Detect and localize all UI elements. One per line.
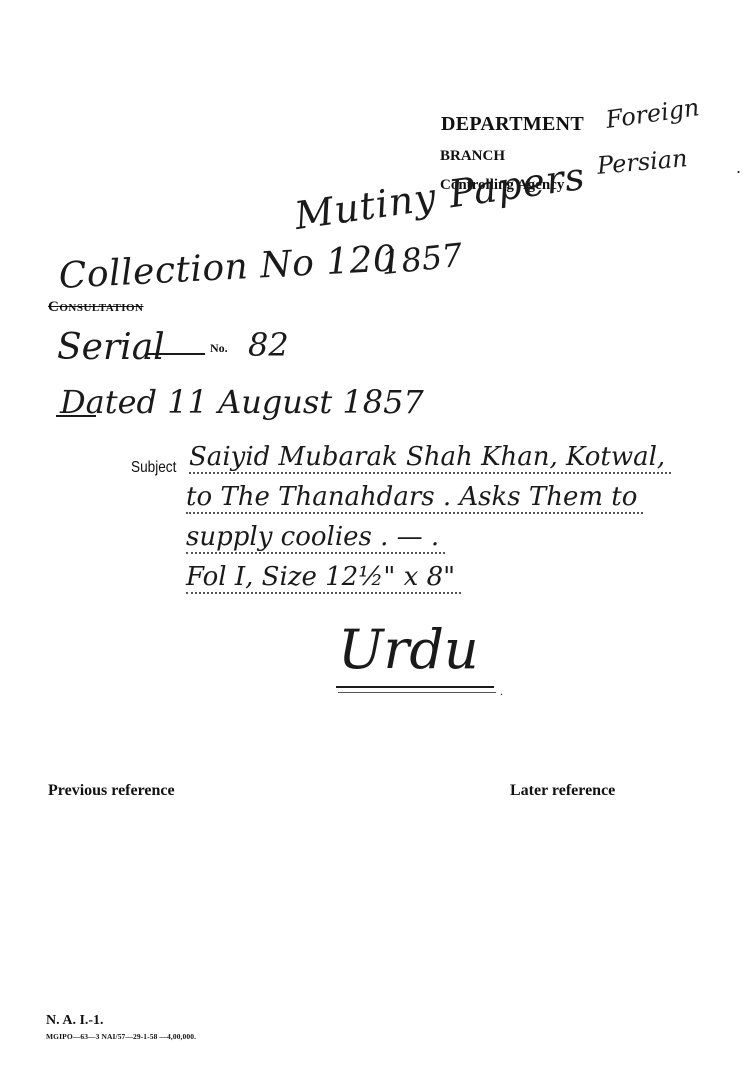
consultation-label-struck: Consultation [48,299,144,316]
serial-number-value: 82 [248,326,289,364]
language-underline-secondary [338,692,496,693]
previous-reference-label: Previous reference [48,782,175,800]
subject-line: Fol I, Size 12½" x 8" [186,562,461,594]
serial-no-label: No. [210,341,228,356]
subject-label: Subject [131,459,176,477]
language-value: Urdu [338,618,479,681]
subject-line: Saiyid Mubarak Shah Khan, Kotwal, [189,442,671,474]
branch-mark: . [736,158,741,177]
later-reference-label: Later reference [510,782,615,800]
serial-handwritten-label: Serial [57,327,165,368]
branch-value: Persian [596,144,689,180]
subject-line: to The Thanahdars . Asks Them to [186,482,643,514]
department-value: Foreign [604,93,701,134]
date-entry: Dated 11 August 1857 [60,383,424,421]
collection-number: Collection No 120 [58,238,398,297]
language-mark: . [500,684,503,699]
collection-title-annotation: Mutiny Papers [292,154,588,238]
date-underline [56,415,96,417]
printer-imprint: MGIPO—63—3 NAI/57—29-1-58 —4,00,000. [46,1032,196,1041]
branch-label: BRANCH [440,148,505,165]
form-identifier: N. A. I.-1. [46,1013,104,1029]
language-underline [336,686,494,688]
serial-underline [145,353,205,355]
subject-line: supply coolies . — . [186,522,445,554]
department-label: DEPARTMENT [441,113,584,136]
